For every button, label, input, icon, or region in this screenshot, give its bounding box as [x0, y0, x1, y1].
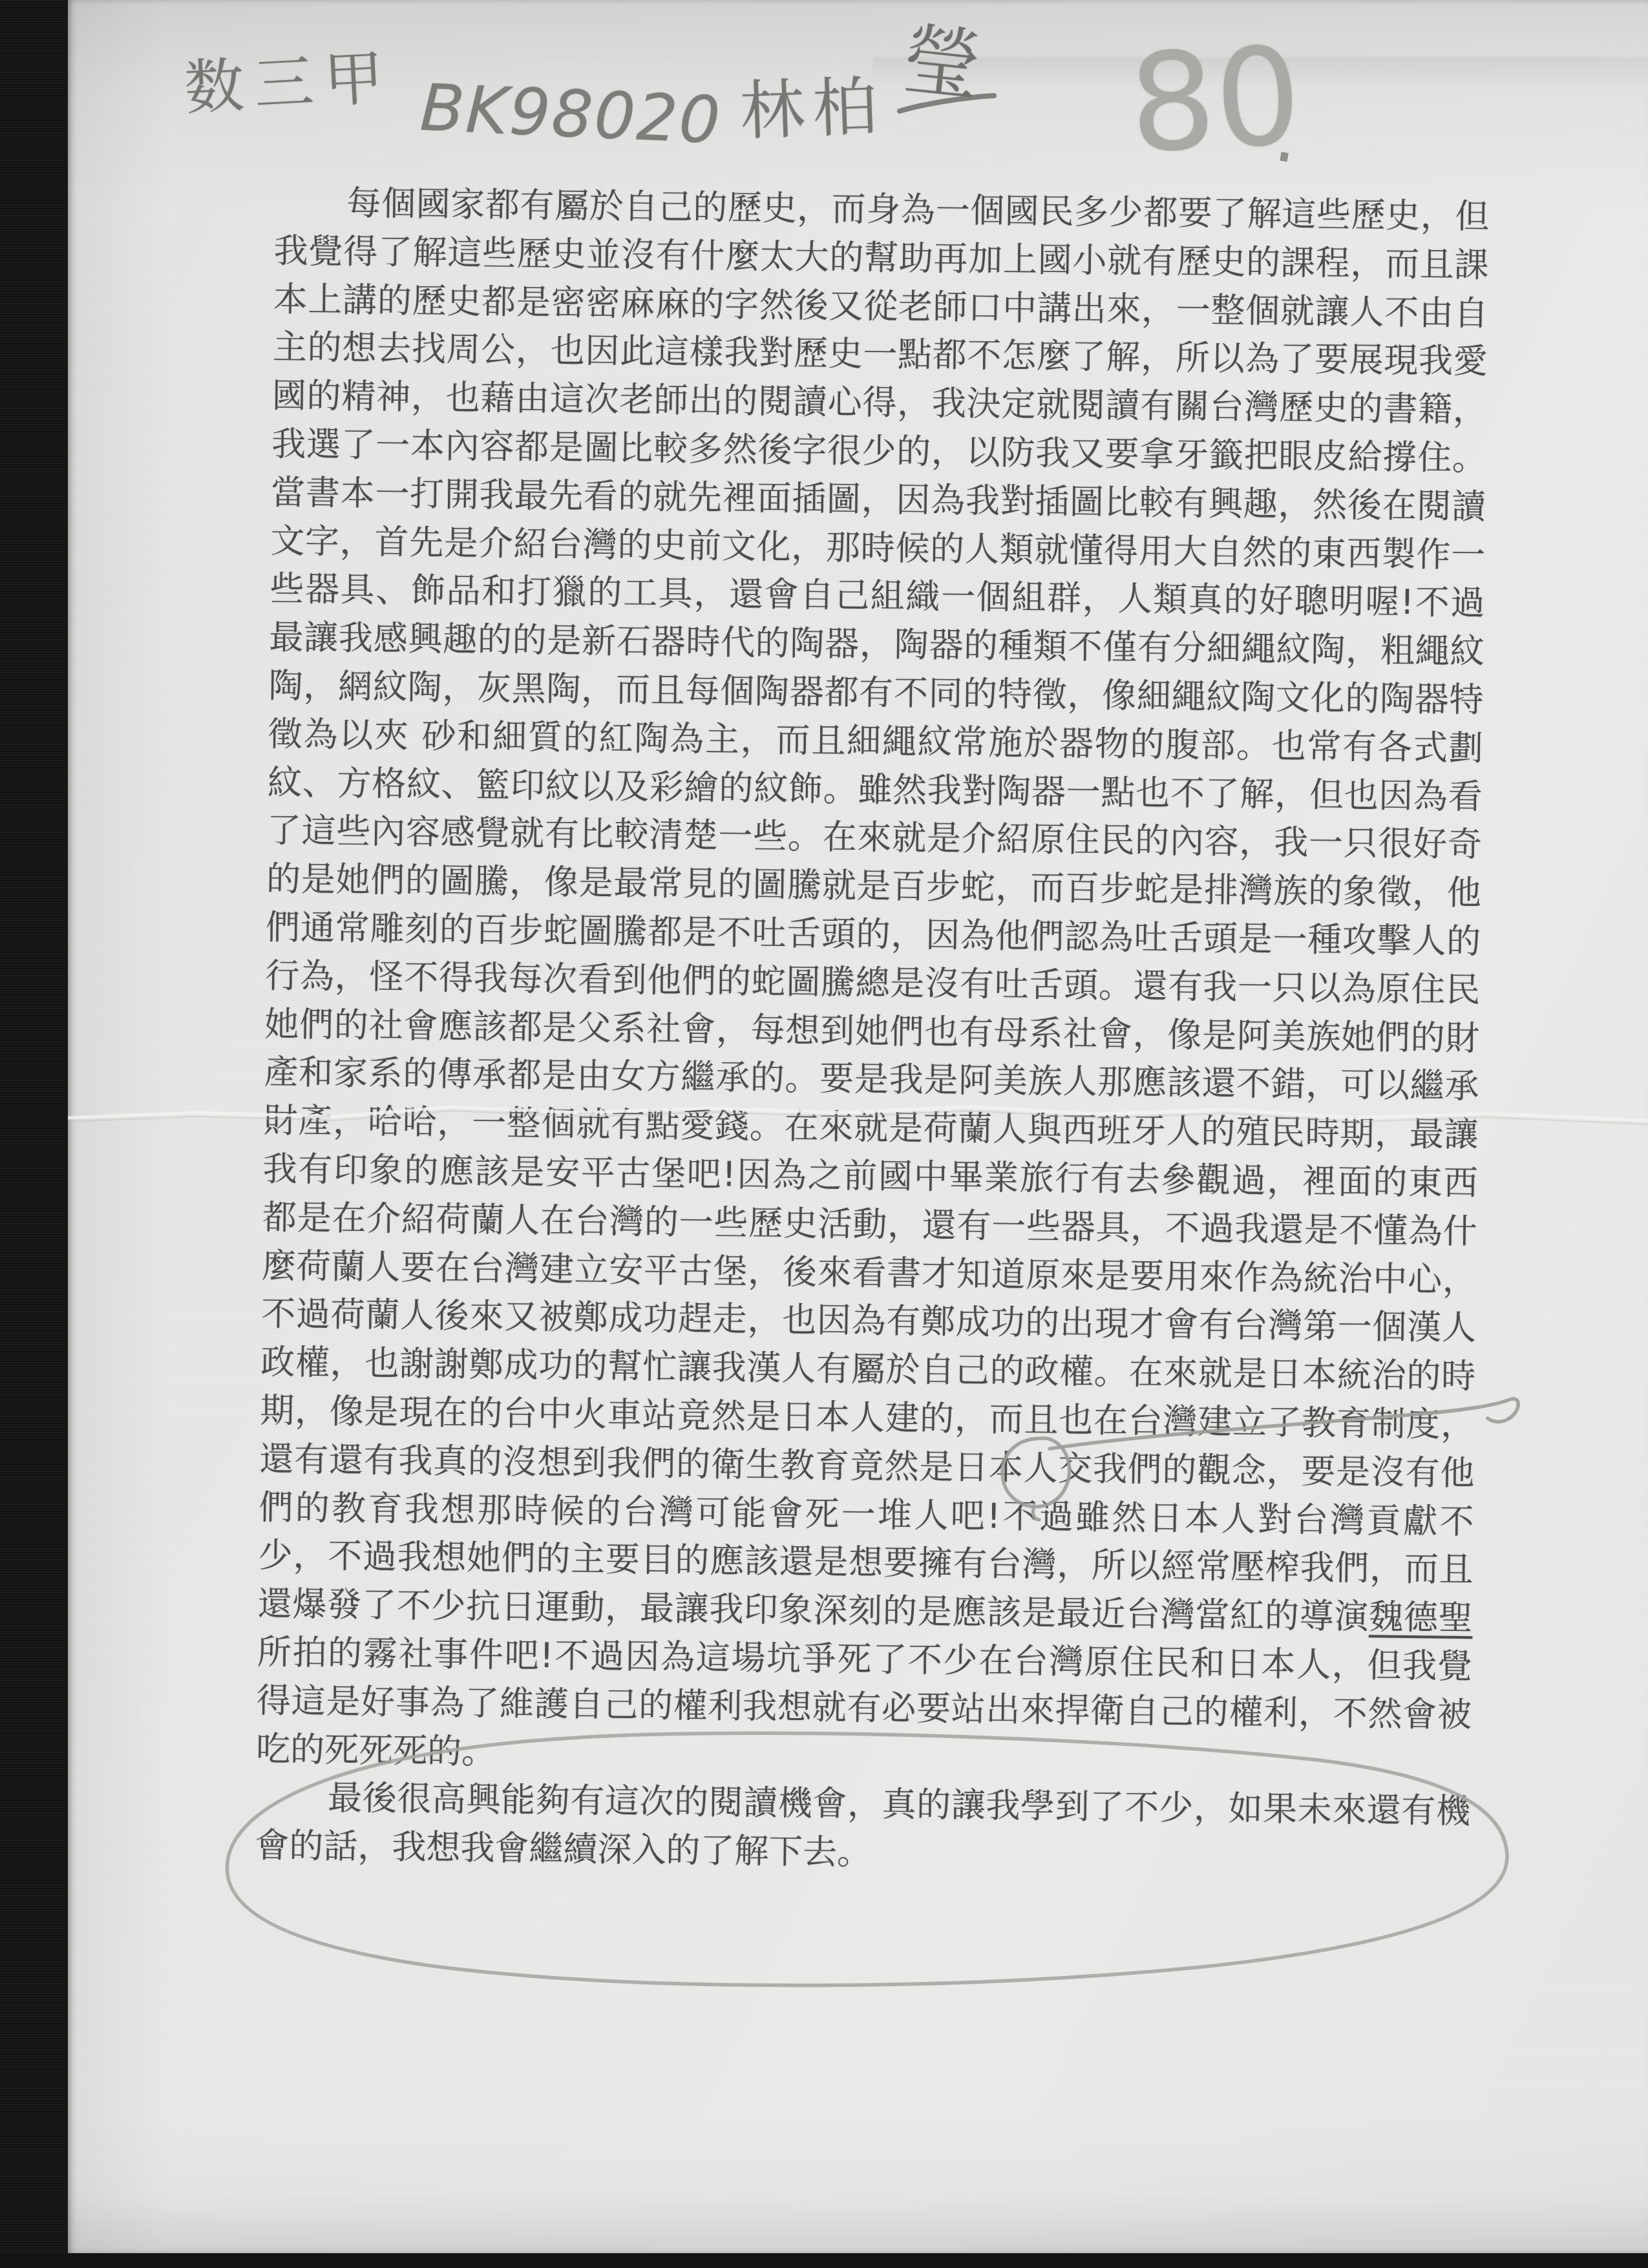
essay-paragraph: 最後很高興能夠有這次的閱讀機會，真的讓我學到了不少，如果未來還有機會的話，我想我… — [255, 1774, 1471, 1885]
essay-body: 每個國家都有屬於自己的歷史，而身為一個國民多少都要了解這些歷史，但我覺得了解這些… — [255, 179, 1490, 1885]
underlined-director-name: 魏德聖 — [1369, 1597, 1473, 1638]
scanned-page: 数三甲 BK98020 林柏 瑩 80 . 每個國家都有屬於自己的歷史，而身為一… — [0, 0, 1648, 2268]
handwritten-name: 林柏 — [739, 54, 887, 152]
essay-paragraph: 每個國家都有屬於自己的歷史，而身為一個國民多少都要了解這些歷史，但我覺得了解這些… — [256, 179, 1490, 1788]
handwritten-name-last-character: 瑩 — [898, 0, 986, 116]
handwritten-student-id: BK98020 — [419, 70, 723, 158]
handwritten-class-label: 数三甲 — [182, 30, 396, 127]
scanner-left-band — [0, 0, 68, 2268]
scanner-bottom-band — [0, 2253, 1648, 2268]
